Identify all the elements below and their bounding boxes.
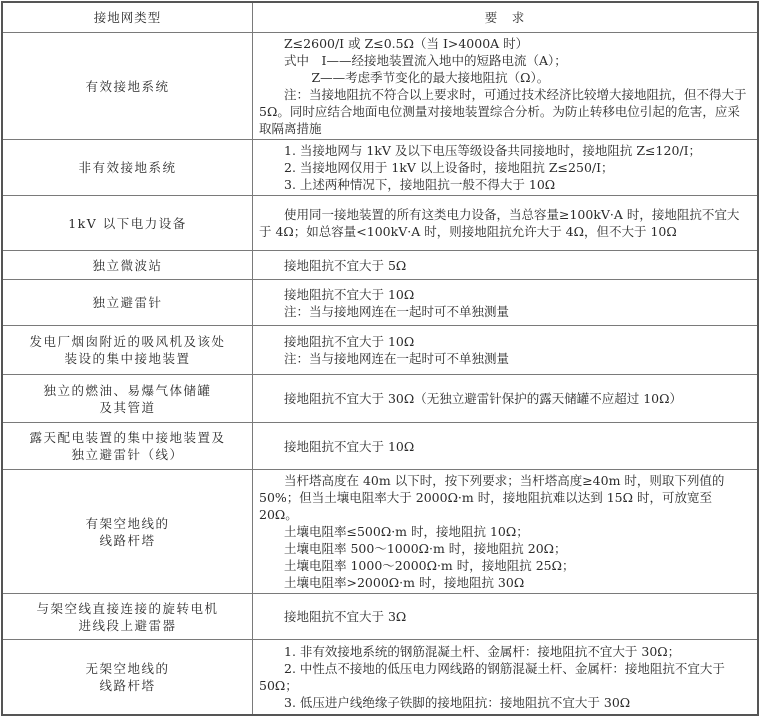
grounding-type-line: 有架空地线的	[9, 515, 246, 532]
table-body: 有效接地系统Z≤2600/I 或 Z≤0.5Ω（当 I>4000A 时）式中 I…	[2, 33, 758, 702]
requirement-cell: 接地阻抗不宜大于 10Ω	[253, 423, 759, 470]
grounding-type-cell: 独立的燃油、易爆气体储罐及其管道	[2, 375, 253, 423]
header-grounding-type: 接地网类型	[2, 2, 253, 33]
grounding-type-cell: 非有效接地系统	[2, 140, 253, 196]
requirement-line: 使用同一接地装置的所有这类电力设备，当总容量≥100kV·A 时，接地阻抗不宜大…	[259, 206, 749, 240]
requirement-cell: 接地阻抗不宜大于 10Ω注：当与接地网连在一起时可不单独测量	[253, 326, 759, 375]
requirement-line: 土壤电阻率≤500Ω·m 时，接地阻抗 10Ω；	[259, 523, 749, 540]
grounding-type-line: 发电厂烟囱附近的吸风机及该处	[9, 333, 246, 350]
grounding-type-line: 独立的燃油、易爆气体储罐	[9, 382, 246, 399]
requirement-cell: 使用同一接地装置的所有这类电力设备，当总容量≥100kV·A 时，接地阻抗不宜大…	[253, 196, 759, 251]
table-row: 发电厂烟囱附近的吸风机及该处装设的集中接地装置接地阻抗不宜大于 10Ω注：当与接…	[2, 326, 758, 375]
requirement-line: 2. 中性点不接地的低压电力网线路的钢筋混凝土杆、金属杆：接地阻抗不宜大于 50…	[259, 660, 749, 694]
grounding-type-line: 及其管道	[9, 399, 246, 416]
grounding-type-cell: 有效接地系统	[2, 33, 253, 140]
table-row: 有效接地系统Z≤2600/I 或 Z≤0.5Ω（当 I>4000A 时）式中 I…	[2, 33, 758, 140]
grounding-type-cell: 有架空地线的线路杆塔	[2, 470, 253, 594]
requirement-line: 1. 当接地网与 1kV 及以下电压等级设备共同接地时，接地阻抗 Z≤120/I…	[259, 142, 749, 159]
requirement-line: 土壤电阻率>2000Ω·m 时，接地阻抗 30Ω	[259, 574, 749, 591]
grounding-type-cell: 露天配电装置的集中接地装置及独立避雷针（线）	[2, 423, 253, 470]
requirement-line: 当杆塔高度在 40m 以下时，按下列要求；当杆塔高度≥40m 时，则取下列值的 …	[259, 472, 749, 523]
grounding-type-line: 装设的集中接地装置	[9, 350, 246, 367]
requirement-line: 接地阻抗不宜大于 10Ω	[259, 286, 749, 303]
table-row: 露天配电装置的集中接地装置及独立避雷针（线）接地阻抗不宜大于 10Ω	[2, 423, 758, 470]
requirement-line: 3. 上述两种情况下，接地阻抗一般不得大于 10Ω	[259, 176, 749, 193]
grounding-type-cell: 发电厂烟囱附近的吸风机及该处装设的集中接地装置	[2, 326, 253, 375]
grounding-requirements-table: 接地网类型 要 求 有效接地系统Z≤2600/I 或 Z≤0.5Ω（当 I>40…	[1, 1, 759, 701]
requirement-line: 接地阻抗不宜大于 5Ω	[259, 257, 749, 274]
grounding-type-line: 独立避雷针	[9, 294, 246, 311]
header-row: 接地网类型 要 求	[2, 2, 758, 33]
requirement-cell: 1. 当接地网与 1kV 及以下电压等级设备共同接地时，接地阻抗 Z≤120/I…	[253, 140, 759, 196]
table-header: 接地网类型 要 求	[2, 2, 758, 33]
requirement-line: 注：当接地阻抗不符合以上要求时，可通过技术经济比较增大接地阻抗，但不得大于 5Ω…	[259, 86, 749, 137]
grounding-type-line: 露天配电装置的集中接地装置及	[9, 429, 246, 446]
requirement-cell: 1. 非有效接地系统的钢筋混凝土杆、金属杆：接地阻抗不宜大于 30Ω；2. 中性…	[253, 640, 759, 702]
table-row: 与架空线直接连接的旋转电机进线段上避雷器接地阻抗不宜大于 3Ω	[2, 594, 758, 640]
requirement-line: 土壤电阻率 1000～2000Ω·m 时，接地阻抗 25Ω；	[259, 557, 749, 574]
grounding-type-line: 无架空地线的	[9, 660, 246, 677]
requirement-cell: 当杆塔高度在 40m 以下时，按下列要求；当杆塔高度≥40m 时，则取下列值的 …	[253, 470, 759, 594]
requirement-cell: 接地阻抗不宜大于 10Ω注：当与接地网连在一起时可不单独测量	[253, 280, 759, 326]
requirement-line: Z≤2600/I 或 Z≤0.5Ω（当 I>4000A 时）	[259, 35, 749, 52]
requirement-line: 1. 非有效接地系统的钢筋混凝土杆、金属杆：接地阻抗不宜大于 30Ω；	[259, 643, 749, 660]
requirement-line: Z——考虑季节变化的最大接地阻抗（Ω）。	[259, 69, 749, 86]
grounding-type-cell: 独立避雷针	[2, 280, 253, 326]
requirement-line: 式中 I——经接地装置流入地中的短路电流（A）；	[259, 52, 749, 69]
grounding-type-cell: 无架空地线的线路杆塔	[2, 640, 253, 702]
requirement-cell: 接地阻抗不宜大于 5Ω	[253, 251, 759, 280]
requirement-line: 接地阻抗不宜大于 10Ω	[259, 333, 749, 350]
requirement-line: 2. 当接地网仅用于 1kV 以上设备时，接地阻抗 Z≤250/I；	[259, 159, 749, 176]
requirement-line: 接地阻抗不宜大于 30Ω（无独立避雷针保护的露天储罐不应超过 10Ω）	[259, 390, 749, 407]
requirement-line: 接地阻抗不宜大于 10Ω	[259, 438, 749, 455]
requirement-line: 接地阻抗不宜大于 3Ω	[259, 608, 749, 625]
table-row: 非有效接地系统1. 当接地网与 1kV 及以下电压等级设备共同接地时，接地阻抗 …	[2, 140, 758, 196]
requirement-cell: 接地阻抗不宜大于 3Ω	[253, 594, 759, 640]
grounding-type-line: 独立微波站	[9, 257, 246, 274]
table-row: 1kV 以下电力设备使用同一接地装置的所有这类电力设备，当总容量≥100kV·A…	[2, 196, 758, 251]
grounding-type-line: 非有效接地系统	[9, 159, 246, 176]
requirement-line: 注：当与接地网连在一起时可不单独测量	[259, 350, 749, 367]
requirement-line: 土壤电阻率 500～1000Ω·m 时，接地阻抗 20Ω；	[259, 540, 749, 557]
table-row: 独立避雷针接地阻抗不宜大于 10Ω注：当与接地网连在一起时可不单独测量	[2, 280, 758, 326]
grounding-type-line: 独立避雷针（线）	[9, 446, 246, 463]
table-row: 独立微波站接地阻抗不宜大于 5Ω	[2, 251, 758, 280]
grounding-type-line: 1kV 以下电力设备	[9, 215, 246, 232]
table-row: 独立的燃油、易爆气体储罐及其管道接地阻抗不宜大于 30Ω（无独立避雷针保护的露天…	[2, 375, 758, 423]
grounding-type-cell: 独立微波站	[2, 251, 253, 280]
header-requirements: 要 求	[253, 2, 759, 33]
requirement-cell: 接地阻抗不宜大于 30Ω（无独立避雷针保护的露天储罐不应超过 10Ω）	[253, 375, 759, 423]
requirement-cell: Z≤2600/I 或 Z≤0.5Ω（当 I>4000A 时）式中 I——经接地装…	[253, 33, 759, 140]
grounding-type-line: 线路杆塔	[9, 532, 246, 549]
grounding-type-cell: 与架空线直接连接的旋转电机进线段上避雷器	[2, 594, 253, 640]
requirement-line: 注：当与接地网连在一起时可不单独测量	[259, 303, 749, 320]
grounding-type-cell: 1kV 以下电力设备	[2, 196, 253, 251]
grounding-type-line: 与架空线直接连接的旋转电机	[9, 600, 246, 617]
table-row: 无架空地线的线路杆塔1. 非有效接地系统的钢筋混凝土杆、金属杆：接地阻抗不宜大于…	[2, 640, 758, 702]
grounding-type-line: 进线段上避雷器	[9, 617, 246, 634]
table-row: 有架空地线的线路杆塔当杆塔高度在 40m 以下时，按下列要求；当杆塔高度≥40m…	[2, 470, 758, 594]
requirement-line: 3. 低压进户线绝缘子铁脚的接地阻抗：接地阻抗不宜大于 30Ω	[259, 694, 749, 701]
grounding-type-line: 线路杆塔	[9, 677, 246, 694]
grounding-type-line: 有效接地系统	[9, 78, 246, 95]
